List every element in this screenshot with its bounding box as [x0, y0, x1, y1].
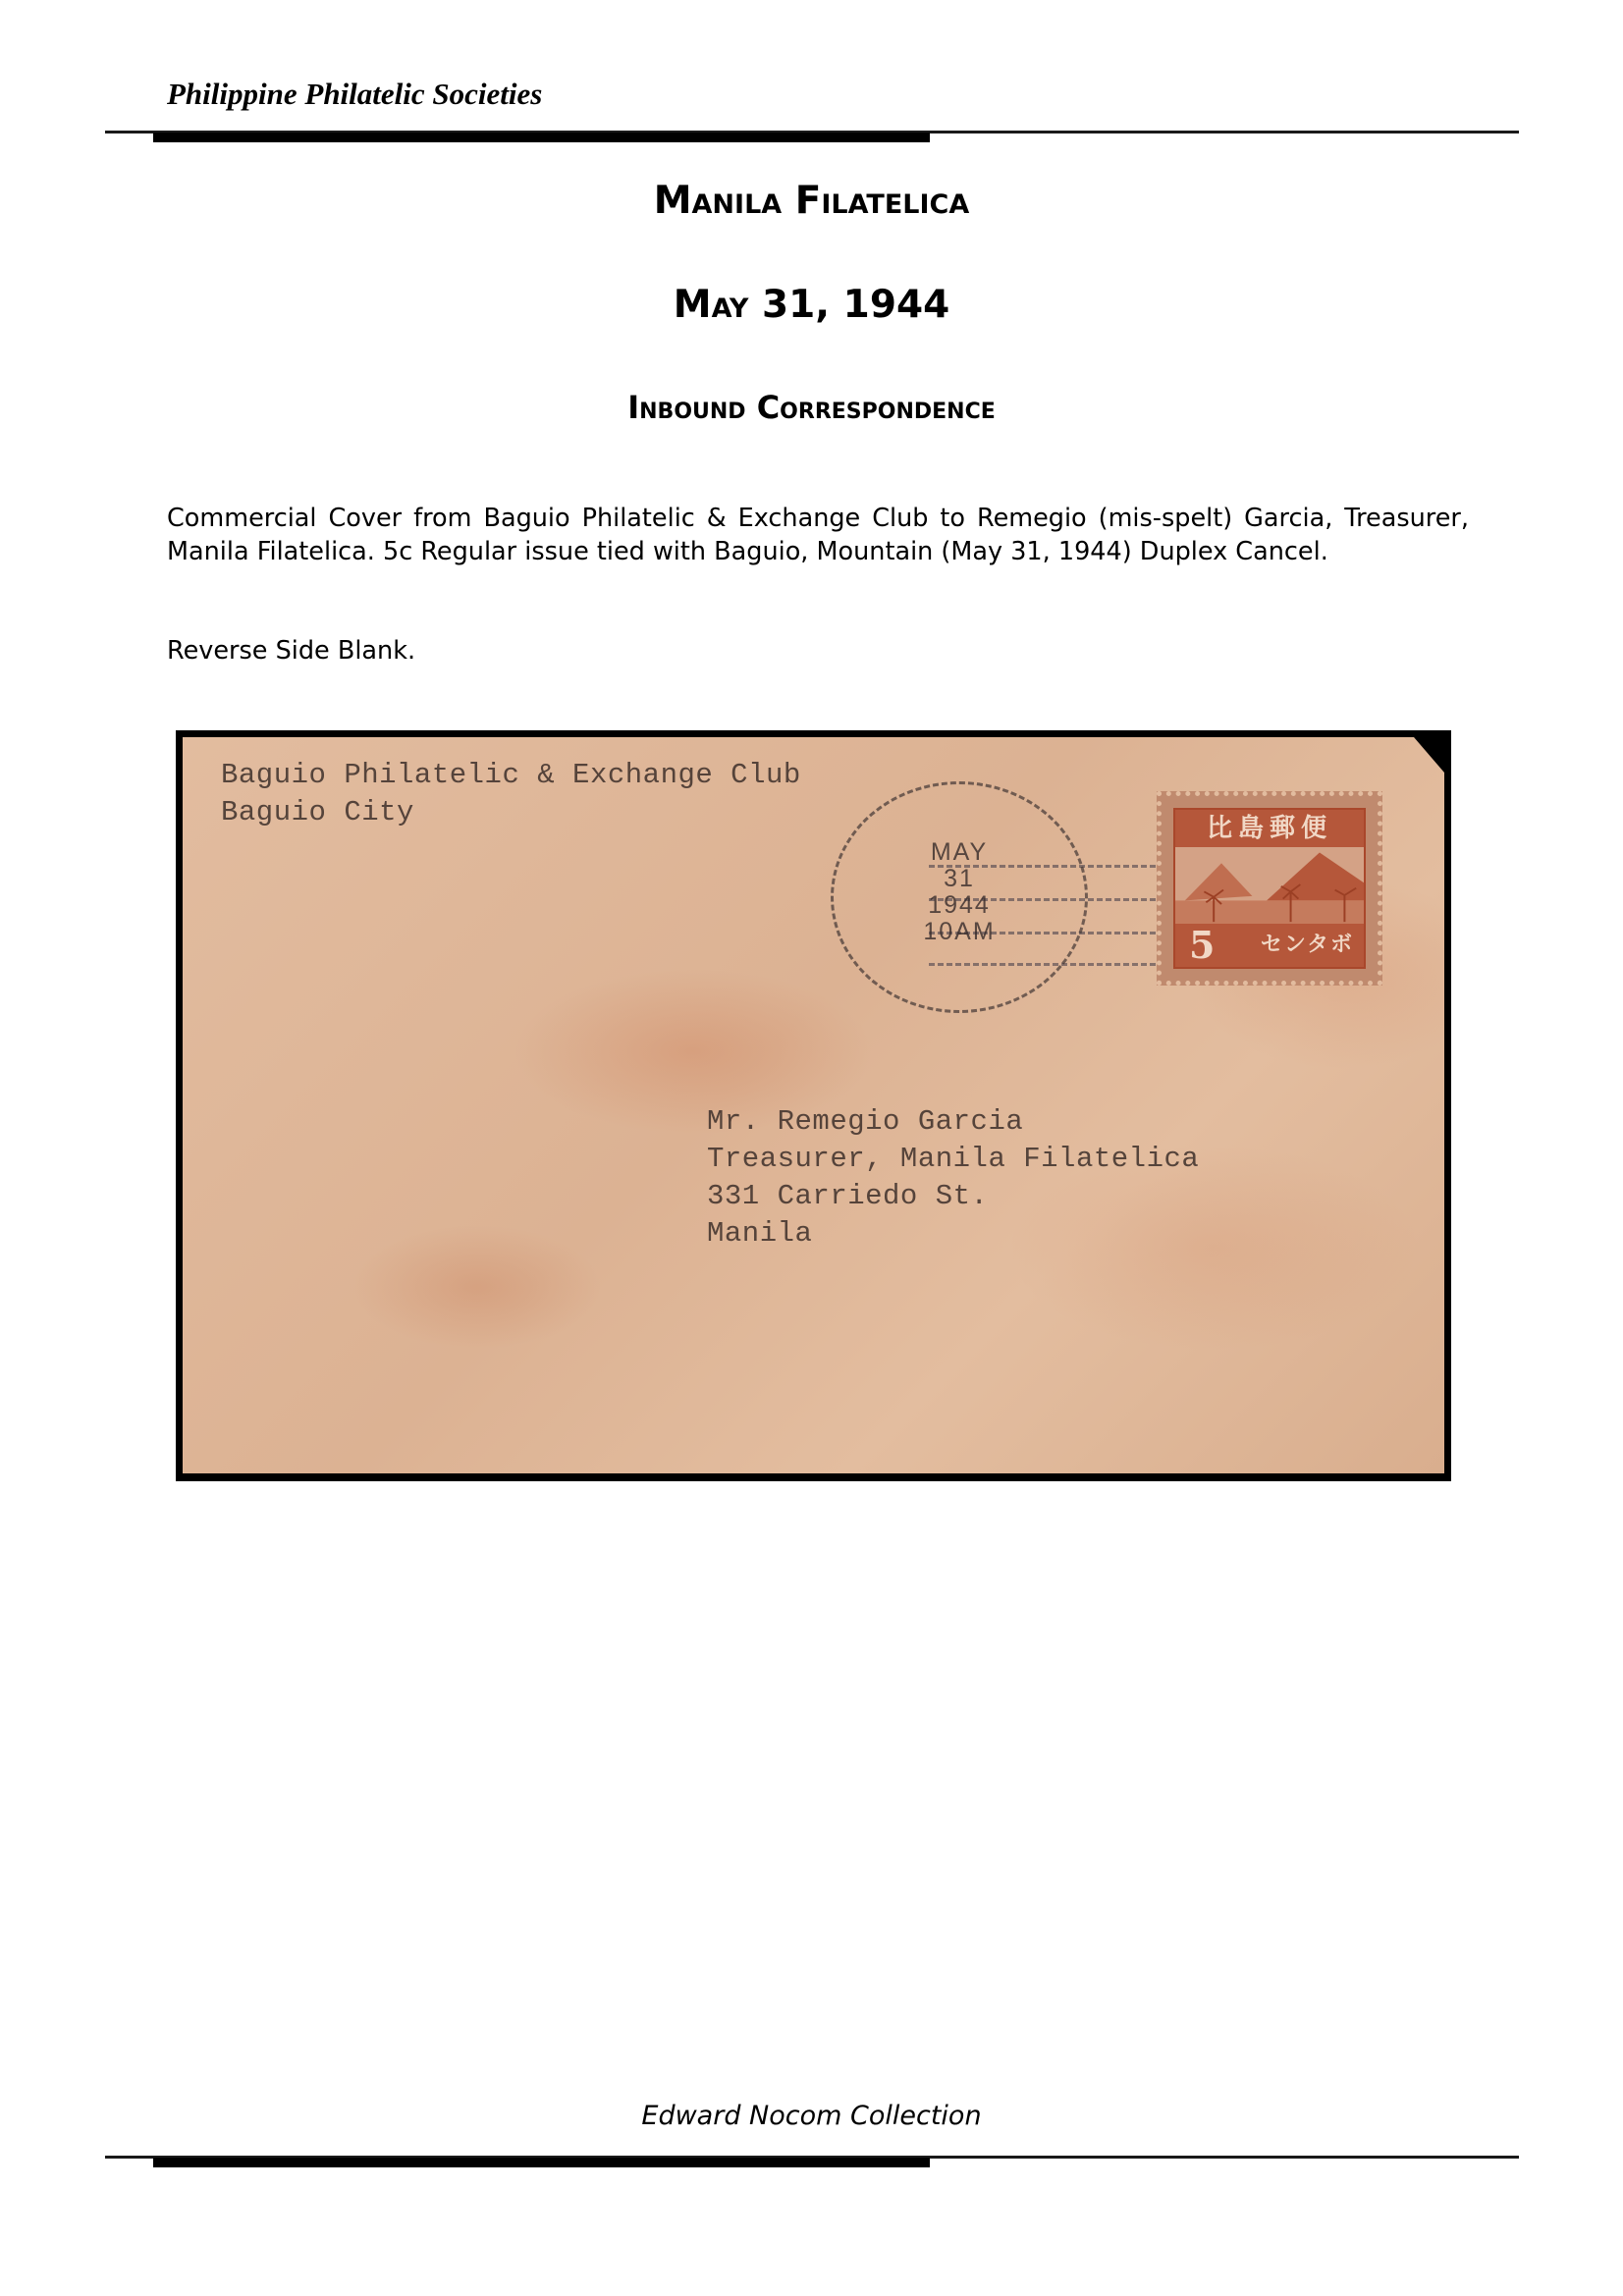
society-title: Manila Filatelica: [0, 179, 1623, 223]
section-title: Inbound Correspondence: [0, 389, 1623, 426]
footer-rule-bar: [153, 2158, 930, 2167]
stamp-value-inscription: センタボ: [1261, 924, 1354, 967]
recipient-line: Treasurer, Manila Filatelica: [707, 1141, 1199, 1178]
recipient-line: 331 Carriedo St.: [707, 1178, 1199, 1215]
postmark-time: 10AM: [834, 919, 1085, 945]
recipient-address: Mr. Remegio GarciaTreasurer, Manila Fila…: [707, 1103, 1199, 1253]
date-title: May 31, 1944: [0, 283, 1623, 327]
cover-envelope: Baguio Philatelic & Exchange ClubBaguio …: [183, 737, 1444, 1473]
stamp-design: 比島郵便 5 センタボ: [1173, 808, 1366, 969]
description-paragraph: Commercial Cover from Baguio Philatelic …: [167, 502, 1469, 568]
reverse-side-note: Reverse Side Blank.: [167, 634, 1469, 667]
stamp-value: 5: [1189, 924, 1215, 967]
postmark-circle: MAY 31 1944 10AM: [831, 781, 1088, 1013]
return-address-line: Baguio Philatelic & Exchange Club: [221, 757, 801, 794]
return-address-line: Baguio City: [221, 794, 801, 831]
return-address: Baguio Philatelic & Exchange ClubBaguio …: [221, 757, 801, 831]
header-rule-bar: [153, 133, 930, 142]
stamp-top-inscription: 比島郵便: [1175, 810, 1364, 847]
stamp-value-panel: 5 センタボ: [1175, 924, 1364, 967]
footer-credit: Edward Nocom Collection: [0, 2101, 1623, 2131]
postmark-month: MAY: [834, 839, 1085, 866]
recipient-line: Manila: [707, 1215, 1199, 1253]
postmark-date: MAY 31 1944 10AM: [834, 839, 1085, 945]
postage-stamp: 比島郵便 5 センタボ: [1157, 791, 1382, 986]
postmark-day: 31: [834, 866, 1085, 892]
recipient-line: Mr. Remegio Garcia: [707, 1103, 1199, 1141]
postmark-year: 1944: [834, 892, 1085, 919]
volcano-scene-icon: [1175, 847, 1364, 924]
cover-image-frame: Baguio Philatelic & Exchange ClubBaguio …: [176, 730, 1451, 1481]
running-header-title: Philippine Philatelic Societies: [167, 77, 542, 112]
